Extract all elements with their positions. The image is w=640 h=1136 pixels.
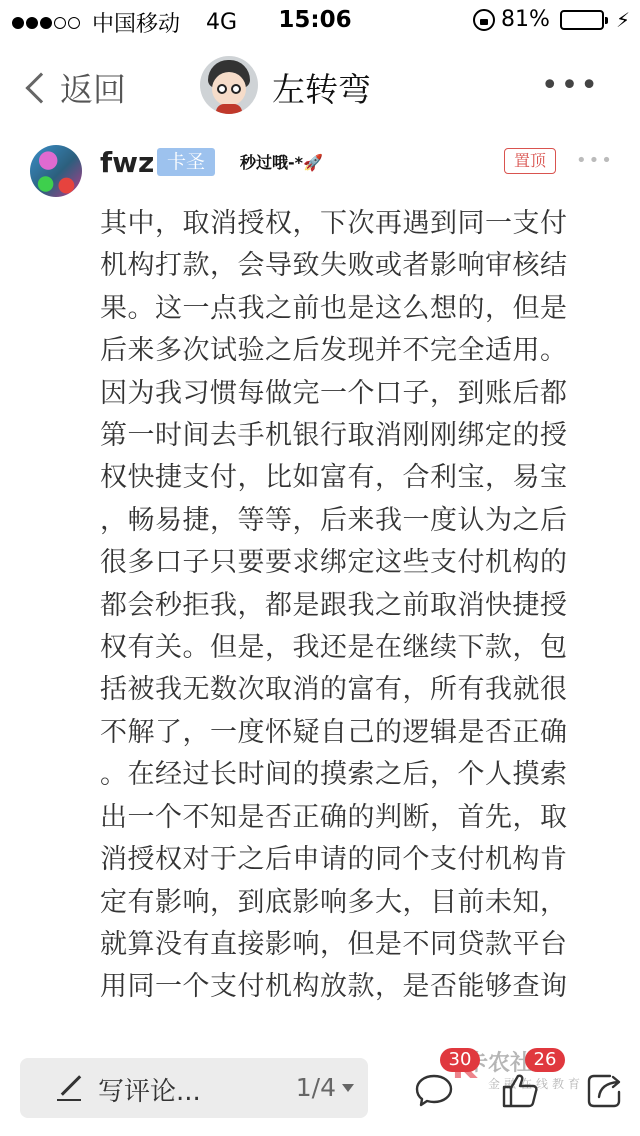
thumbs-up-icon: [500, 1070, 540, 1110]
post-text-line: 机构打款，会导致失败或者影响审核结: [100, 245, 590, 287]
post-text-line: 果。这一点我之前也是这么想的，但是: [100, 288, 590, 330]
post-text-line: 消授权对于之后申请的同个支付机构肯: [100, 839, 590, 881]
post-text-line: 就算没有直接影响，但是不同贷款平台: [100, 924, 590, 966]
post-text-line: 后来多次试验之后发现并不完全适用。: [100, 330, 590, 372]
caret-down-icon: [342, 1084, 354, 1092]
post-more-icon[interactable]: •••: [576, 150, 614, 171]
bottom-toolbar: 写评论... 1/4 K 卡农社区 金融在线教育 30 26: [0, 1040, 640, 1136]
like-count-badge: 26: [525, 1048, 565, 1072]
like-button[interactable]: [500, 1070, 540, 1110]
charging-icon: ⚡: [616, 8, 630, 32]
share-button[interactable]: [584, 1070, 624, 1110]
author-signature: 秒过哦-*🚀: [240, 150, 323, 173]
nav-bar: 返回 左转弯 •••: [0, 40, 640, 130]
avatar-shirt: [216, 104, 242, 114]
pencil-icon-base: [57, 1099, 81, 1101]
post-text-line: 权有关。但是，我还是在继续下款，包: [100, 627, 590, 669]
battery-percent: 81%: [501, 7, 550, 32]
comments-button[interactable]: [414, 1070, 454, 1110]
back-label: 返回: [60, 64, 126, 111]
post-text-line: 用同一个支付机构放款，是否能够查询: [100, 966, 590, 1008]
comment-input[interactable]: 写评论... 1/4: [20, 1058, 368, 1118]
post-text-line: 权快捷支付，比如富有，合利宝，易宝: [100, 457, 590, 499]
post-text-line: 很多口子只要要求绑定这些支付机构的: [100, 542, 590, 584]
page-selector[interactable]: 1/4: [296, 1073, 354, 1102]
page-title[interactable]: 左转弯: [272, 64, 371, 111]
post-text-line: 定有影响，到底影响多大，目前未知，: [100, 882, 590, 924]
post-text-line: 都会秒拒我，都是跟我之前取消快捷授: [100, 585, 590, 627]
more-options-icon[interactable]: •••: [541, 68, 600, 103]
comment-placeholder: 写评论...: [98, 1071, 201, 1108]
post-text-line: 其中，取消授权，下次再遇到同一支付: [100, 203, 590, 245]
post-text-line: 括被我无数次取消的富有，所有我就很: [100, 669, 590, 711]
rotation-lock-icon: [473, 9, 495, 31]
speech-bubble-icon: [414, 1070, 454, 1110]
post-text-line: ，畅易捷，等等，后来我一度认为之后: [100, 500, 590, 542]
post-text-line: 不解了，一度怀疑自己的逻辑是否正确: [100, 712, 590, 754]
comment-count-badge: 30: [440, 1048, 480, 1072]
status-bar: 中国移动 4G 15:06 81% ⚡: [0, 0, 640, 40]
battery-icon: [560, 10, 604, 30]
post-text-line: 因为我习惯每做完一个口子，到账后都: [100, 373, 590, 415]
chevron-left-icon: [25, 72, 56, 103]
avatar-eye: [231, 84, 241, 94]
avatar-eye: [217, 84, 227, 94]
post-text-line: 出一个不知是否正确的判断，首先，取: [100, 797, 590, 839]
author-avatar[interactable]: [30, 145, 82, 197]
post-body: 其中，取消授权，下次再遇到同一支付 机构打款，会导致失败或者影响审核结 果。这一…: [100, 203, 590, 1009]
post-header: fwz 卡圣 秒过哦-*🚀 置顶 •••: [0, 130, 640, 200]
status-right: 81% ⚡: [473, 7, 630, 32]
page-indicator-text: 1/4: [296, 1073, 336, 1102]
forum-avatar[interactable]: [200, 56, 258, 114]
post-text-line: 。在经过长时间的摸索之后，个人摸索: [100, 754, 590, 796]
author-name[interactable]: fwz: [100, 146, 154, 179]
share-icon: [584, 1070, 624, 1110]
post-text-line: 第一时间去手机银行取消刚刚绑定的授: [100, 415, 590, 457]
back-button[interactable]: 返回: [22, 64, 126, 111]
pinned-badge: 置顶: [504, 148, 556, 174]
pencil-icon: [61, 1075, 82, 1096]
level-badge: 卡圣: [157, 148, 215, 176]
